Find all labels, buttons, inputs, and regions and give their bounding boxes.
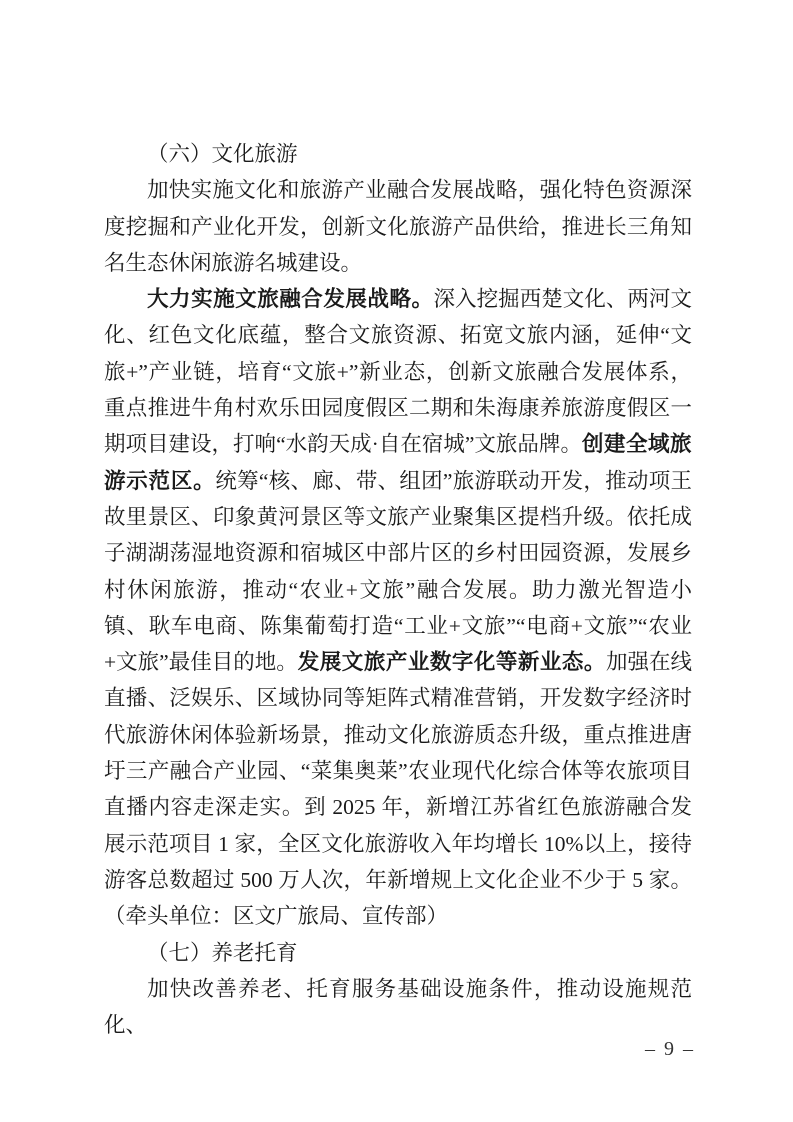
page-number: – 9 – (645, 1038, 695, 1061)
text-run: （六）文化旅游 (147, 142, 298, 166)
text-run: （七）养老托育 (147, 941, 298, 965)
section-heading: （六）文化旅游 (104, 136, 692, 172)
paragraph: 加快实施文化和旅游产业融合发展战略，强化特色资源深度挖掘和产业化开发，创新文化旅… (104, 172, 692, 281)
document-body: （六）文化旅游加快实施文化和旅游产业融合发展战略，强化特色资源深度挖掘和产业化开… (104, 136, 692, 1043)
document-page: （六）文化旅游加快实施文化和旅游产业融合发展战略，强化特色资源深度挖掘和产业化开… (0, 0, 793, 1122)
text-run: 深入挖掘西楚文化、两河文化、红色文化底蕴，整合文旅资源、拓宽文旅内涵，延伸“文旅… (104, 287, 692, 456)
text-run: 加快改善养老、托育服务基础设施条件，推动设施规范化、 (104, 977, 692, 1037)
paragraph: 大力实施文旅融合发展战略。深入挖掘西楚文化、两河文化、红色文化底蕴，整合文旅资源… (104, 281, 692, 934)
text-run: 加快实施文化和旅游产业融合发展战略，强化特色资源深度挖掘和产业化开发，创新文化旅… (104, 178, 692, 275)
text-run: 加强在线直播、泛娱乐、区域协同等矩阵式精准营销，开发数字经济时代旅游休闲体验新场… (104, 650, 692, 928)
bold-text-run: 发展文旅产业数字化等新业态。 (298, 650, 606, 674)
section-heading: （七）养老托育 (104, 935, 692, 971)
text-run: 统筹“核、廊、带、组团”旅游联动开发，推动项王故里景区、印象黄河景区等文旅产业聚… (104, 469, 692, 674)
paragraph: 加快改善养老、托育服务基础设施条件，推动设施规范化、 (104, 971, 692, 1044)
bold-text-run: 大力实施文旅融合发展战略。 (147, 287, 434, 311)
